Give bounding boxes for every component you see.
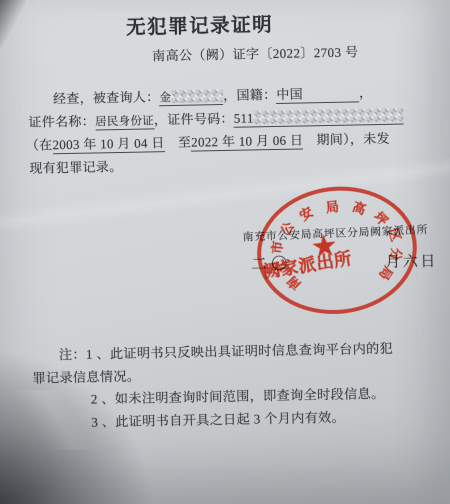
- body-line-conclusion: 现有犯罪记录。: [29, 156, 122, 177]
- document-photo: 无犯罪记录证明 南高公（阙）证字〔2022〕2703 号 经查，被查询人：金，国…: [0, 0, 450, 504]
- id-number-prefix: 511: [234, 110, 254, 125]
- comma: ，: [359, 85, 373, 100]
- seal-arc-char: 安: [296, 201, 317, 224]
- name-redaction-blur: [171, 89, 223, 103]
- body-line-id-document: 证件名称：居民身份证，证件号码：511: [28, 105, 404, 131]
- id-type-label: 证件名称：: [28, 113, 95, 129]
- id-type-value: 居民身份证: [95, 115, 154, 130]
- period-from-date: 2003 年 10 月 04 日: [52, 135, 164, 154]
- id-number-label: ，证件号码：: [154, 111, 234, 128]
- nationality-value: 中国: [276, 85, 359, 104]
- seal-arc-char: 市: [267, 240, 287, 255]
- certificate-number: 南高公（阙）证字〔2022〕2703 号: [152, 41, 359, 64]
- seal-arc-char: 公: [275, 217, 298, 238]
- note-line-1: 注：1 、此证明书只反映出具证明时信息查询平台内的犯: [59, 338, 394, 363]
- comma: ，: [223, 88, 237, 103]
- intro-label: 经查，被查询人：: [53, 89, 160, 106]
- seal-arc-char: 高: [350, 196, 369, 218]
- seal-arc-char: 分: [387, 247, 408, 263]
- period-suffix: 期间），未发: [316, 131, 390, 147]
- period-to-date: 2022 年 10 月 06 日: [191, 132, 303, 151]
- seal-arc-char: 局: [375, 263, 398, 284]
- note-line-4: 3 、此证明书自开具之日起 3 个月内有效。: [91, 407, 345, 431]
- body-line-period: （在2003 年 10 月 04 日 至2022 年 10 月 06 日 期间）…: [26, 128, 390, 154]
- seal-arc-char: 区: [384, 226, 406, 244]
- note-line-3: 2 、如未注明查询时间范围，即查询全时段信息。: [91, 383, 385, 408]
- police-seal: ★ 南充市公安局高坪区分局 阙家派出所: [251, 179, 424, 322]
- id-number-redaction-blur: [254, 108, 404, 125]
- period-prefix: （在: [26, 137, 53, 153]
- applicant-name: 金: [159, 92, 171, 104]
- body-line-identity: 经查，被查询人：金，国籍：中国，: [53, 82, 373, 107]
- seal-arc-char: 局: [325, 195, 340, 215]
- certificate-title: 无犯罪记录证明: [0, 7, 404, 43]
- period-to-label: 至: [178, 135, 192, 150]
- note-line-2: 罪记录信息情况。: [32, 366, 140, 387]
- certificate-content: 无犯罪记录证明 南高公（阙）证字〔2022〕2703 号 经查，被查询人：金，国…: [0, 0, 450, 504]
- seal-arc-char: 坪: [370, 206, 393, 229]
- nationality-label: 国籍：: [236, 87, 276, 103]
